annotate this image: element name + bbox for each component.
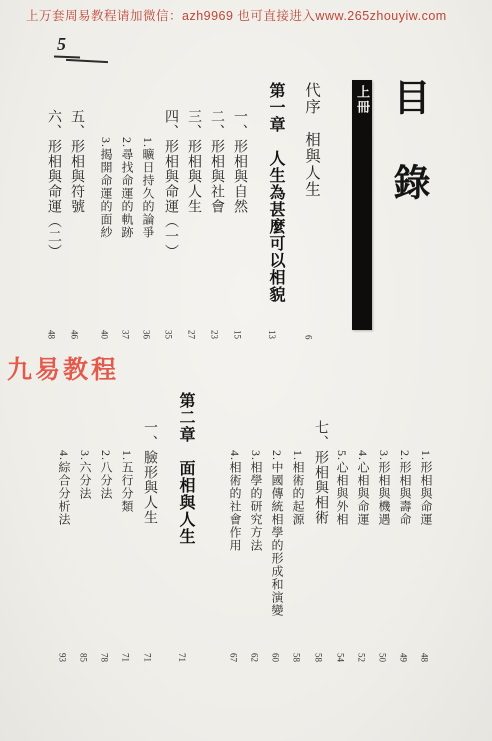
toc-title: 目錄 [380,78,434,378]
toc-entry-page: 6 [304,335,314,340]
toc-entry: 六、形相與命運（二） 48 [40,82,63,337]
toc-entry: 3.揭開命運的面紗 40 [94,82,115,337]
toc-entry: 1.五行分類 71 [115,392,136,660]
toc-entry-title: 六、形相與命運（二） [46,109,61,259]
volume-tab: 上冊 [352,80,372,330]
toc-entry: 3.形相與機遇 50 [372,392,393,660]
toc-entry-page: 36 [142,330,152,339]
toc-entry-page: 23 [210,330,220,339]
toc-entry-title: 1.相術的起源 [291,450,305,526]
toc-entry: 七、形相與相術 58 [307,392,330,660]
toc-entry-page: 35 [164,330,174,339]
toc-entry-title: 3.揭開命運的面紗 [99,137,113,239]
promo-banner: 上万套周易教程请加微信：azh9969 也可直接进入www.265zhouyiw… [26,6,486,24]
toc-entry: 第二章 面相與人生 71 [167,392,197,660]
toc-entry-title: 1.形相與命運 [419,450,433,526]
toc-entry: 三、形相與人生 27 [180,82,203,337]
toc-entry-page: 71 [143,653,153,662]
toc-entry: 4.心相與命運 52 [351,392,372,660]
toc-entry: 4.綜合分析法 93 [52,392,73,660]
toc-entry-title: 4.相術的社會作用 [228,450,242,552]
toc-entry-title: 三、形相與人生 [186,109,201,214]
toc-entry: 3.六分法 85 [73,392,94,660]
toc-entry: 代序 相與人生 6 [295,82,322,337]
toc-entry-title: 3.相學的研究方法 [249,450,263,552]
toc-entry-title: 五、形相與符號 [69,109,84,214]
page-number: 5 [57,34,66,55]
toc-entry: 第一章 人生為甚麼可以相貌 13 [257,82,287,337]
toc-entry-page: 58 [292,653,302,662]
watermark: 九易教程 [7,350,119,386]
toc-entry-page: 48 [420,653,430,662]
toc-entry-page: 37 [121,330,131,339]
toc-lower-section: 1.形相與命運 48 2.形相與壽命 49 3.形相與機遇 50 4.心相與命運… [52,392,435,660]
toc-entry-title: 一、形相與自然 [232,109,247,214]
toc-entry-title: 代序 相與人生 [303,82,320,198]
toc-entry: 2.八分法 78 [94,392,115,660]
toc-entry-title: 4.綜合分析法 [57,450,71,526]
toc-entry-title: 2.形相與壽命 [398,450,412,526]
toc-entry-title: 3.形相與機遇 [377,450,391,526]
toc-entry-page: 49 [399,653,409,662]
toc-upper-section: 代序 相與人生 6 第一章 人生為甚麼可以相貌 13 一、形相與自然 15 二、… [40,82,322,337]
toc-entry-title: 第一章 人生為甚麼可以相貌 [267,82,284,303]
toc-entry-title: 1.曠日持久的論爭 [141,137,155,239]
toc-entry: 1.曠日持久的論爭 36 [136,82,157,337]
toc-entry-page: 52 [357,653,367,662]
toc-entry-title: 四、形相與命運（一） [163,109,178,259]
toc-entry: 一、臉形與人生 71 [136,392,159,660]
toc-entry-title: 一、臉形與人生 [142,420,157,525]
toc-entry-title: 1.五行分類 [120,450,134,513]
toc-entry-title: 七、形相與相術 [313,420,328,525]
toc-entry-title: 第二章 面相與人生 [177,392,194,545]
toc-entry-title: 2.中國傳統相學的形成和演變 [270,450,284,617]
toc-entry-page: 71 [121,653,131,662]
toc-entry-page: 48 [47,330,57,339]
toc-entry-page: 71 [177,653,187,662]
toc-entry-title: 2.尋找命運的軌跡 [120,137,134,239]
toc-entry-page: 13 [267,330,277,339]
toc-entry: 2.形相與壽命 49 [393,392,414,660]
toc-entry-page: 15 [233,330,243,339]
toc-entry-page: 93 [58,653,68,662]
toc-entry-title: 二、形相與社會 [209,109,224,214]
toc-entry-page: 67 [229,653,239,662]
toc-entry: 二、形相與社會 23 [203,82,226,337]
toc-entry-page: 85 [79,653,89,662]
toc-entry-title: 3.六分法 [78,450,92,500]
toc-entry-title: 5.心相與外相 [335,450,349,526]
toc-entry: 4.相術的社會作用 67 [223,392,244,660]
toc-entry: 1.相術的起源 58 [286,392,307,660]
toc-entry-page: 60 [271,653,281,662]
toc-entry: 3.相學的研究方法 62 [244,392,265,660]
toc-entry: 2.尋找命運的軌跡 37 [115,82,136,337]
toc-entry-page: 27 [187,330,197,339]
toc-entry: 一、形相與自然 15 [226,82,249,337]
toc-entry: 五、形相與符號 46 [63,82,86,337]
toc-entry-page: 40 [100,330,110,339]
toc-entry: 1.形相與命運 48 [414,392,435,660]
toc-entry-page: 78 [100,653,110,662]
toc-entry: 2.中國傳統相學的形成和演變 60 [265,392,286,660]
toc-entry-page: 58 [314,653,324,662]
toc-entry-page: 50 [378,653,388,662]
toc-entry-page: 54 [336,653,346,662]
toc-entry-page: 62 [250,653,260,662]
toc-entry: 5.心相與外相 54 [330,392,351,660]
toc-entry-title: 2.八分法 [99,450,113,500]
toc-entry-title: 4.心相與命運 [356,450,370,526]
toc-entry: 四、形相與命運（一） 35 [157,82,180,337]
page-number-underline [66,59,108,63]
toc-entry-page: 46 [70,330,80,339]
